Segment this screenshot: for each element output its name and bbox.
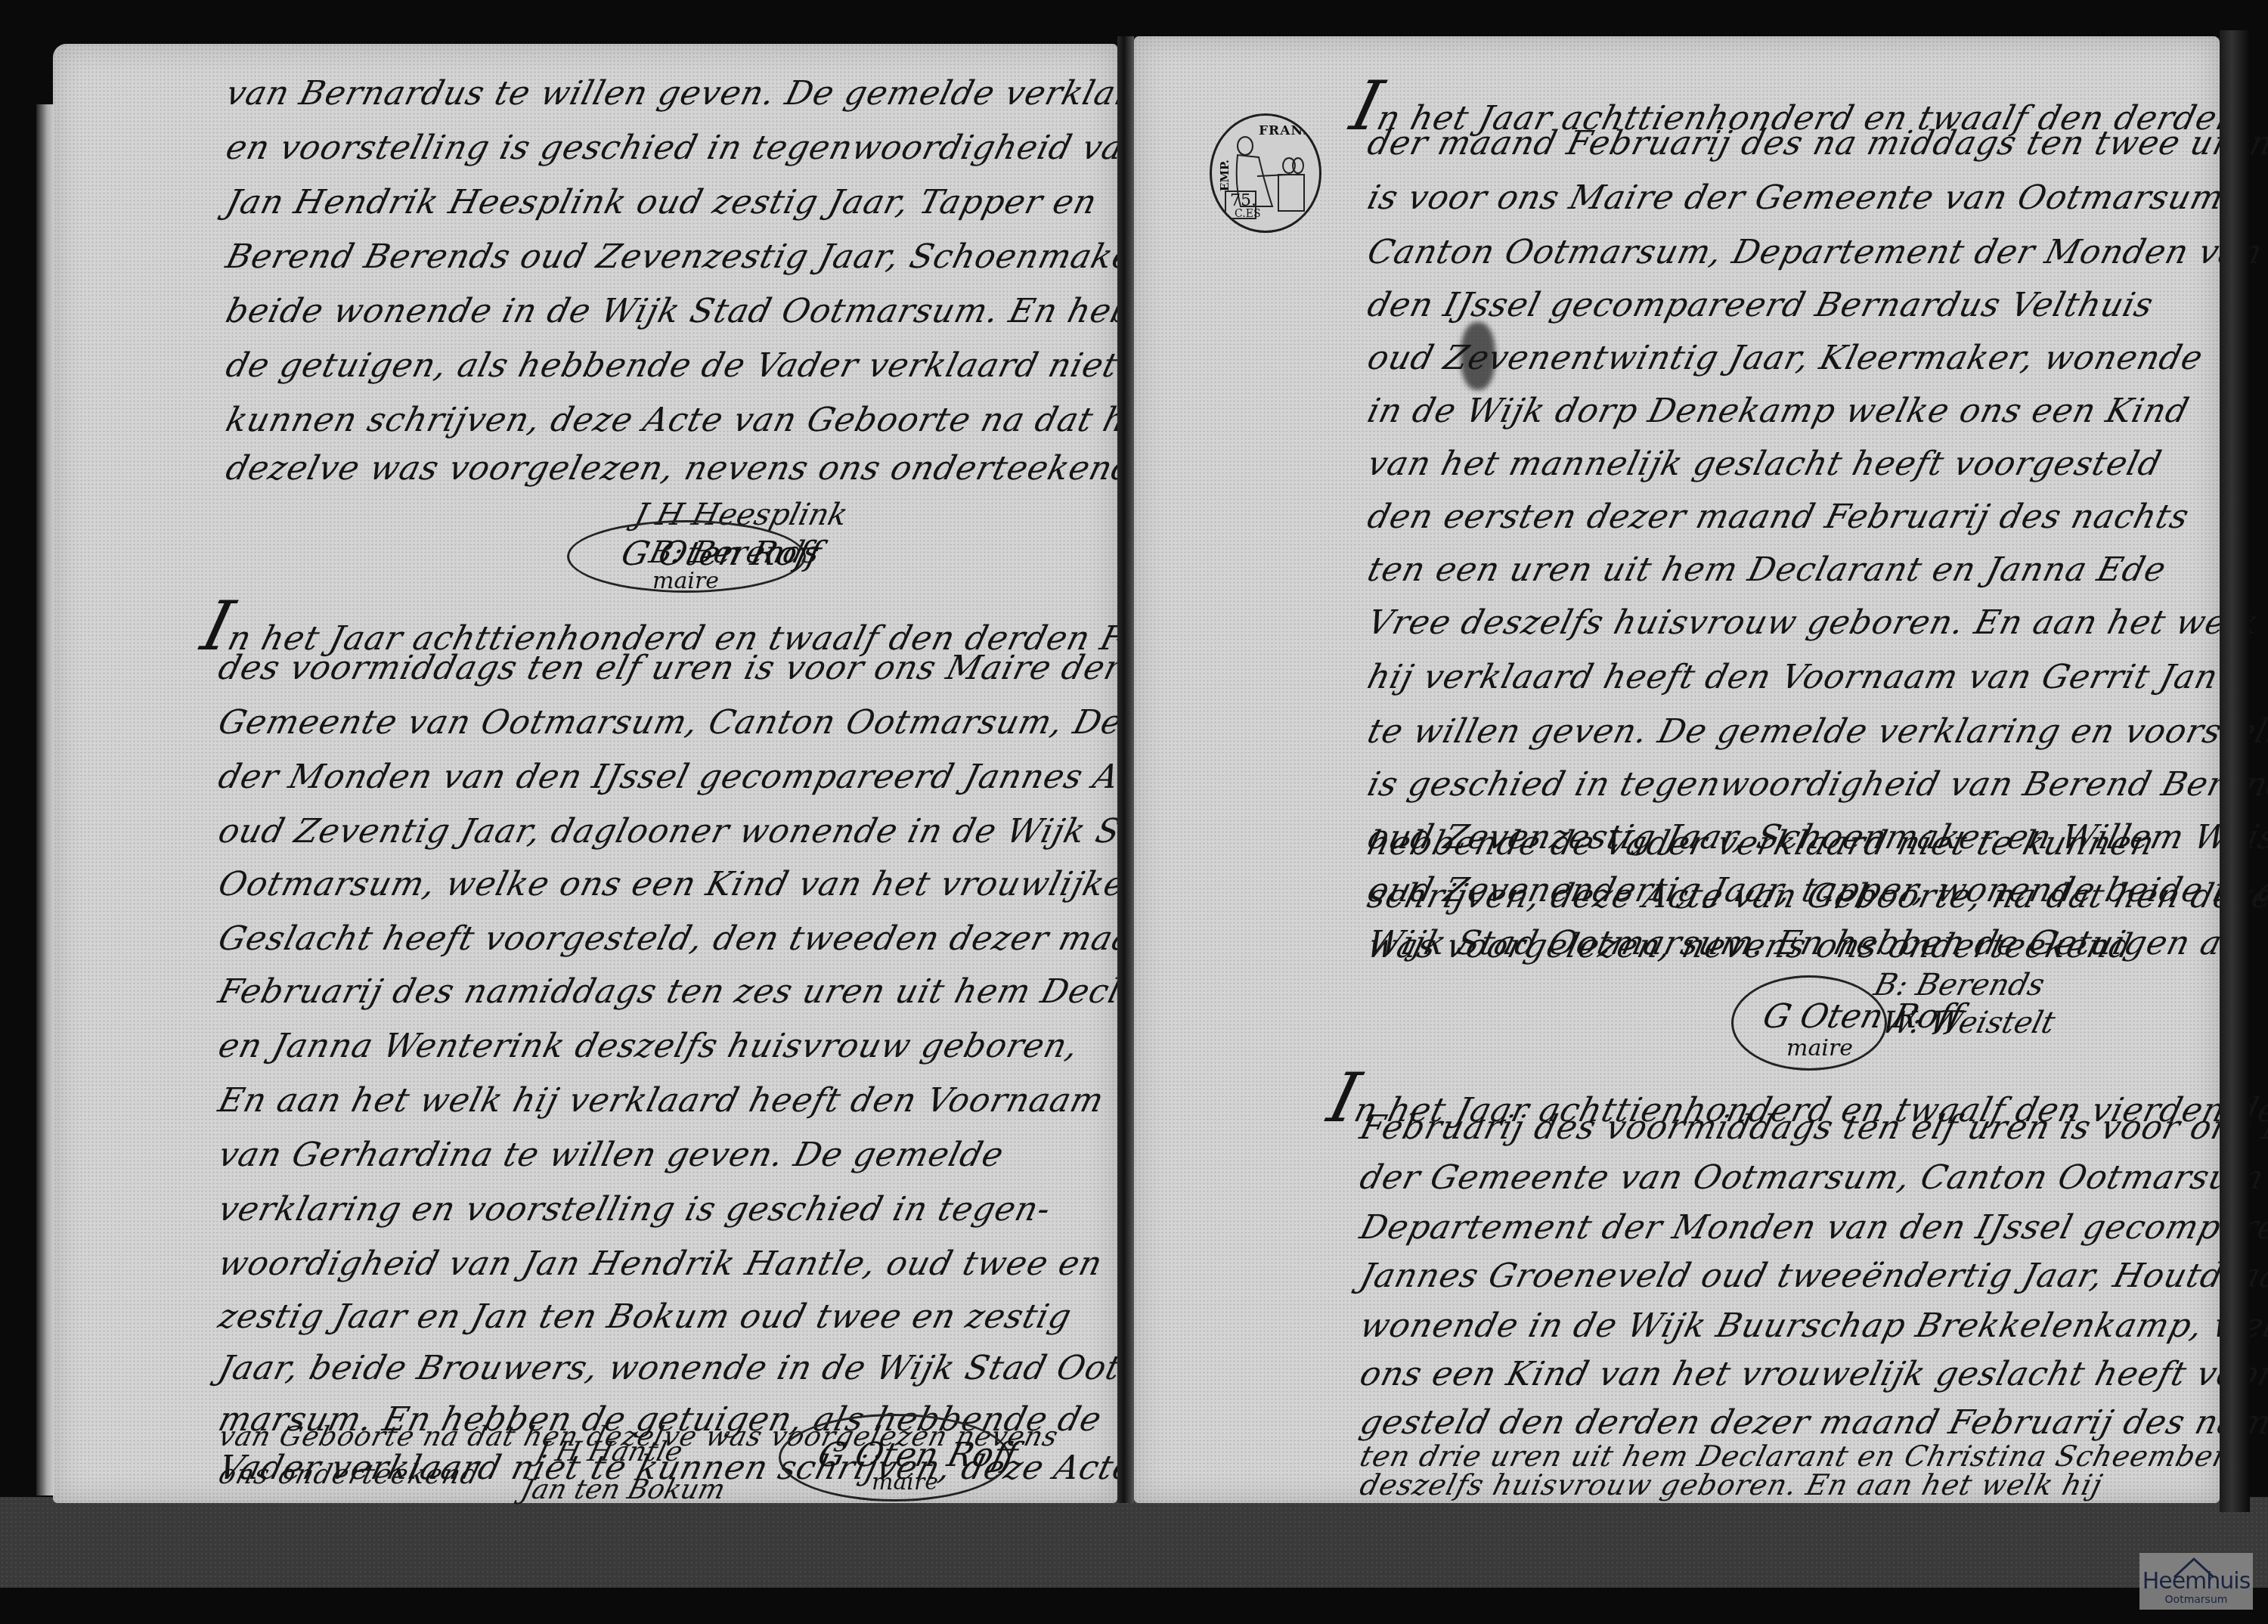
text-line: oud Zeventig Jaar, daglooner wonende in … [215,812,1182,851]
text-line: kunnen schrijven, deze Acte van Geboorte… [222,401,1176,439]
book-spine [1117,36,1134,1503]
left-page: van Bernardus te willen geven. De gemeld… [53,44,1117,1503]
text-line: verklaring en voorstelling is geschied i… [215,1190,1055,1229]
table-surface [0,1497,2268,1588]
text-line: des voormiddags ten elf uren is voor ons… [215,649,1126,687]
maire-signature: G Oten Roff maire [779,1414,1010,1502]
text-line: En aan het welk hij verklaard heeft den … [215,1081,1108,1120]
text-line: ons een Kind van het vrouwelijk geslacht… [1356,1355,2268,1393]
text-line: te willen geven. De gemelde verklaring e… [1364,712,2268,751]
text-line: Februarij des voormiddags ten elf uren i… [1356,1108,2268,1147]
maire-signature: G Oten Roff maire [567,520,806,593]
text-line: woordigheid van Jan Hendrik Hantle, oud … [215,1244,1107,1283]
witness-signature: Jan ten Bokum [518,1474,728,1505]
text-line: Jaar, beide Brouwers, wonende in de Wijk… [215,1349,1138,1387]
text-line: ons onderteekend [215,1459,483,1490]
text-line: gesteld den derden dezer maand Februarij… [1356,1403,2268,1442]
french-empire-tax-stamp: FRAN. EMP. 75. C.ES [1210,113,1321,233]
text-line: der Gemeente van Ootmarsum, Canton Ootma… [1356,1158,2268,1197]
text-line: Geslacht heeft voorgesteld, den tweeden … [215,919,1182,958]
text-line: is voor ons Maire der Gemeente van Ootma… [1364,178,2229,217]
text-line: oud Zevenentwintig Jaar, Kleermaker, won… [1364,339,2208,377]
text-line: de getuigen, als hebbende de Vader verkl… [222,346,1168,385]
text-line: Berend Berends oud Zevenzestig Jaar, Sch… [222,237,1155,276]
text-line: was voorgelezen, nevens ons onderteekend [1364,927,2137,965]
witness-signature: J H Hantle [533,1436,686,1467]
text-line: schrijven, deze Acte van Geboorte, na da… [1364,877,2268,916]
text-line: van Gerhardina te willen geven. De gemel… [215,1136,1009,1174]
text-line: Canton Ootmarsum, Departement der Monden… [1364,233,2267,271]
text-line: Jan Hendrik Heesplink oud zestig Jaar, T… [222,183,1101,222]
text-line: beide wonende in de Wijk Stad Ootmarsum.… [222,292,1203,330]
text-line: en Janna Wenterink deszelfs huisvrouw ge… [215,1027,1083,1065]
text-line: en voorstelling is geschied in tegenwoor… [222,129,1150,167]
text-line: hebbende de Vader verklaard niet te kunn… [1364,824,2159,863]
text-line: den IJssel gecompareerd Bernardus Velthu… [1364,286,2158,324]
maire-signature: G Oten Roff maire [1731,975,1887,1071]
text-line: Ootmarsum, welke ons een Kind van het vr… [215,865,1130,903]
text-line: Jannes Groeneveld oud tweeëndertig Jaar,… [1356,1257,2268,1295]
text-line: is geschied in tegenwoordigheid van Bere… [1364,765,2268,804]
text-line: ten een uren uit hem Declarant en Janna … [1364,550,2170,589]
text-line: wonende in de Wijk Buurschap Brekkelenka… [1356,1306,2268,1345]
text-line: zestig Jaar en Jan ten Bokum oud twee en… [215,1297,1076,1336]
text-line: dezelve was voorgelezen, nevens ons onde… [222,449,1139,488]
text-line: hij verklaard heeft den Voornaam van Ger… [1364,658,2223,696]
heemhuis-watermark: Heemhuis Ootmarsum [2139,1553,2253,1610]
text-line: Departement der Monden van den IJssel ge… [1356,1208,2268,1247]
text-line: van Bernardus te willen geven. De gemeld… [222,74,1193,113]
text-line: der Monden van den IJssel gecompareerd J… [215,758,1249,796]
text-line: deszelfs huisvrouw geboren. En aan het w… [1357,1468,2106,1502]
text-line: in de Wijk dorp Denekamp welke ons een K… [1364,392,2193,430]
text-line: Vree deszelfs huisvrouw geboren. En aan … [1364,603,2263,642]
text-line: der maand Februarij des na middags ten t… [1364,124,2268,163]
book-cover-edge [2220,30,2250,1512]
text-line: Februarij des namiddags ten zes uren uit… [215,972,1219,1011]
text-line: den eersten dezer maand Februarij des na… [1364,497,2193,536]
text-line: van het mannelijk geslacht heeft voorges… [1364,445,2166,483]
